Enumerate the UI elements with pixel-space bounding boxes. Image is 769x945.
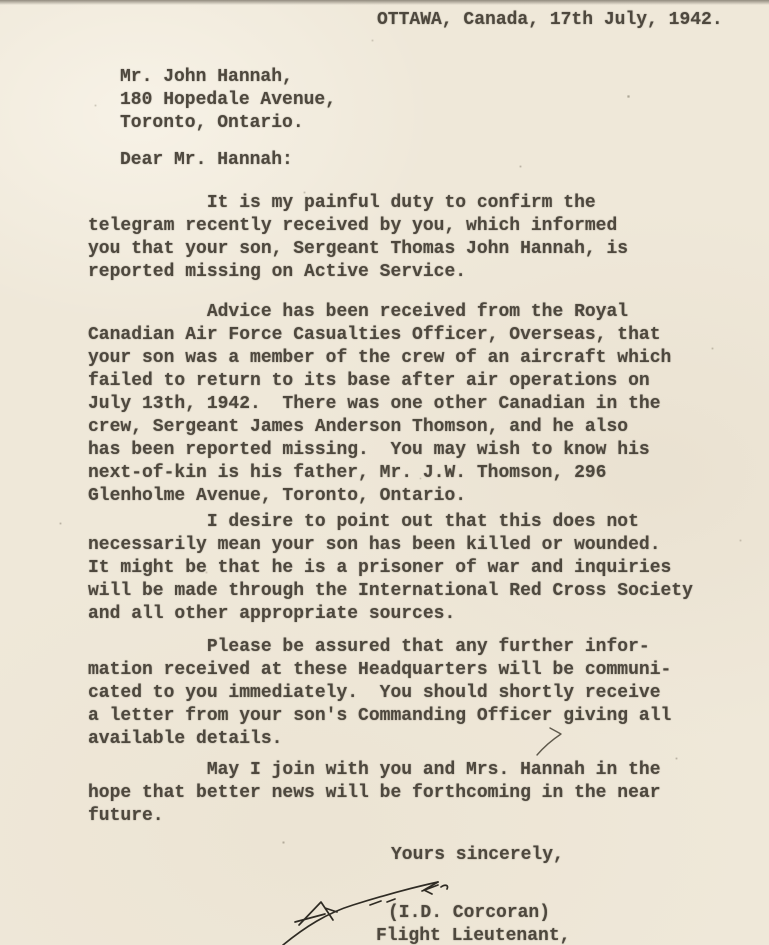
- paper-specks: [0, 0, 1, 1]
- paragraph-5: May I join with you and Mrs. Hannah in t…: [88, 759, 661, 828]
- check-mark-icon: [535, 726, 565, 758]
- paragraph-4: Please be assured that any further infor…: [88, 636, 671, 751]
- paragraph-3: I desire to point out that this does not…: [88, 511, 693, 626]
- scanned-letter-page: OTTAWA, Canada, 17th July, 1942. Mr. Joh…: [0, 0, 769, 945]
- paragraph-1: It is my painful duty to confirm the tel…: [88, 192, 628, 284]
- paragraph-2: Advice has been received from the Royal …: [88, 301, 671, 508]
- salutation: Dear Mr. Hannah:: [120, 149, 293, 172]
- dateline: OTTAWA, Canada, 17th July, 1942.: [377, 9, 723, 32]
- signature-title: Flight Lieutenant,: [376, 925, 570, 945]
- scan-edge-shadow: [0, 0, 769, 5]
- closing-phrase: Yours sincerely,: [391, 844, 564, 867]
- signature-name: (I.D. Corcoran): [388, 902, 550, 925]
- recipient-address: Mr. John Hannah, 180 Hopedale Avenue, To…: [120, 66, 336, 135]
